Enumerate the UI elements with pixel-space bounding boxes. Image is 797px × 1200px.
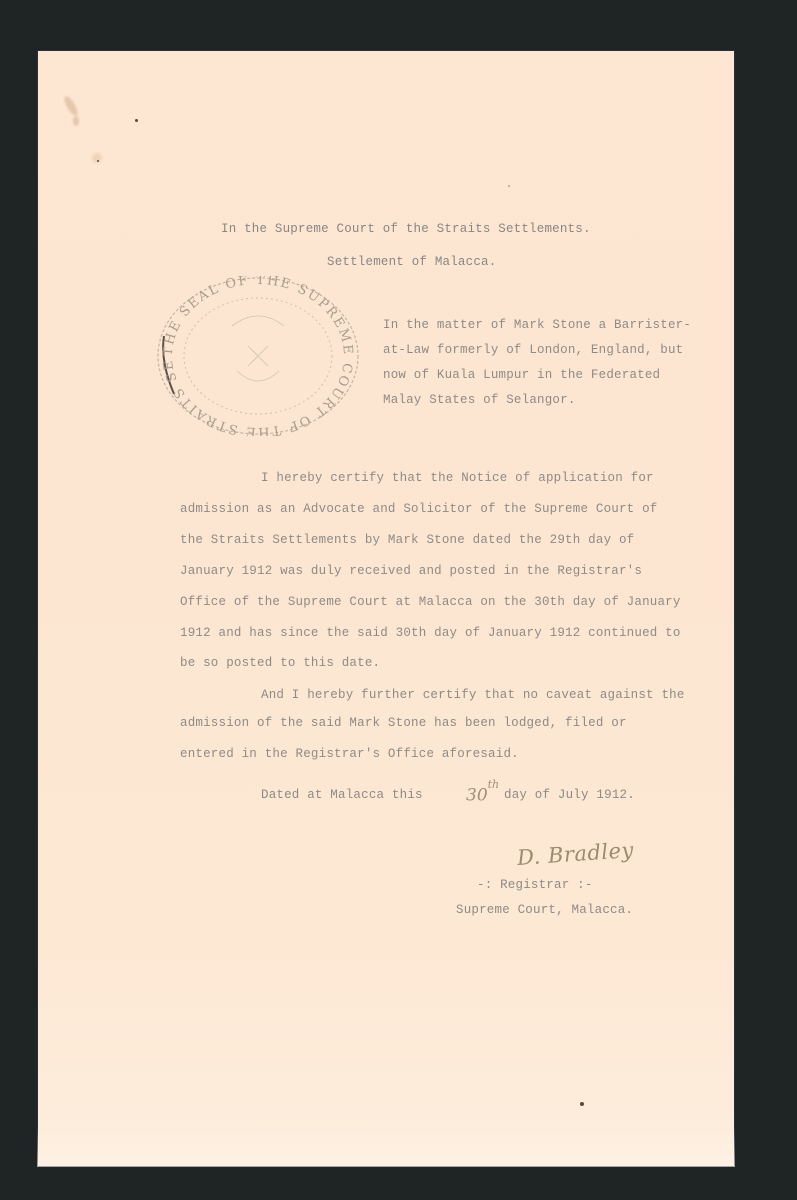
paragraph2-line-1: And I hereby further certify that no cav…: [261, 688, 685, 702]
speck: [580, 1102, 584, 1106]
matter-line-2: at-Law formerly of London, England, but: [383, 343, 683, 357]
handwritten-day: 30th: [466, 784, 499, 806]
court-heading: In the Supreme Court of the Straits Sett…: [221, 222, 591, 236]
registrar-office: Supreme Court, Malacca.: [456, 903, 633, 917]
registrar-title: -: Registrar :-: [477, 878, 593, 892]
paragraph1-line-7: be so posted to this date.: [180, 656, 380, 670]
paragraph1-line-3: the Straits Settlements by Mark Stone da…: [180, 533, 634, 547]
speck: [508, 185, 510, 187]
speck: [97, 160, 99, 162]
matter-line-4: Malay States of Selangor.: [383, 393, 576, 407]
dated-suffix: day of July 1912.: [504, 788, 635, 802]
dated-prefix: Dated at Malacca this: [261, 788, 423, 802]
paragraph2-line-2: admission of the said Mark Stone has bee…: [180, 716, 627, 730]
paragraph2-line-3: entered in the Registrar's Office afores…: [180, 747, 519, 761]
speck: [135, 119, 138, 122]
paragraph1-line-4: January 1912 was duly received and poste…: [180, 564, 642, 578]
paragraph1-line-6: 1912 and has since the said 30th day of …: [180, 626, 681, 640]
paragraph1-line-5: Office of the Supreme Court at Malacca o…: [180, 595, 681, 609]
stain-mark: [73, 116, 79, 126]
svg-text:THE SEAL OF THE SUPREME COURT: THE SEAL OF THE SUPREME COURT OF THE STR…: [152, 276, 355, 436]
court-seal-icon: THE SEAL OF THE SUPREME COURT OF THE STR…: [152, 276, 364, 436]
matter-line-3: now of Kuala Lumpur in the Federated: [383, 368, 660, 382]
settlement-heading: Settlement of Malacca.: [327, 255, 496, 269]
matter-line-1: In the matter of Mark Stone a Barrister-: [383, 318, 691, 332]
document-page: In the Supreme Court of the Straits Sett…: [37, 50, 735, 1167]
paragraph1-line-1: I hereby certify that the Notice of appl…: [261, 471, 654, 485]
stain-mark: [62, 94, 80, 117]
paragraph1-line-2: admission as an Advocate and Solicitor o…: [180, 502, 657, 516]
